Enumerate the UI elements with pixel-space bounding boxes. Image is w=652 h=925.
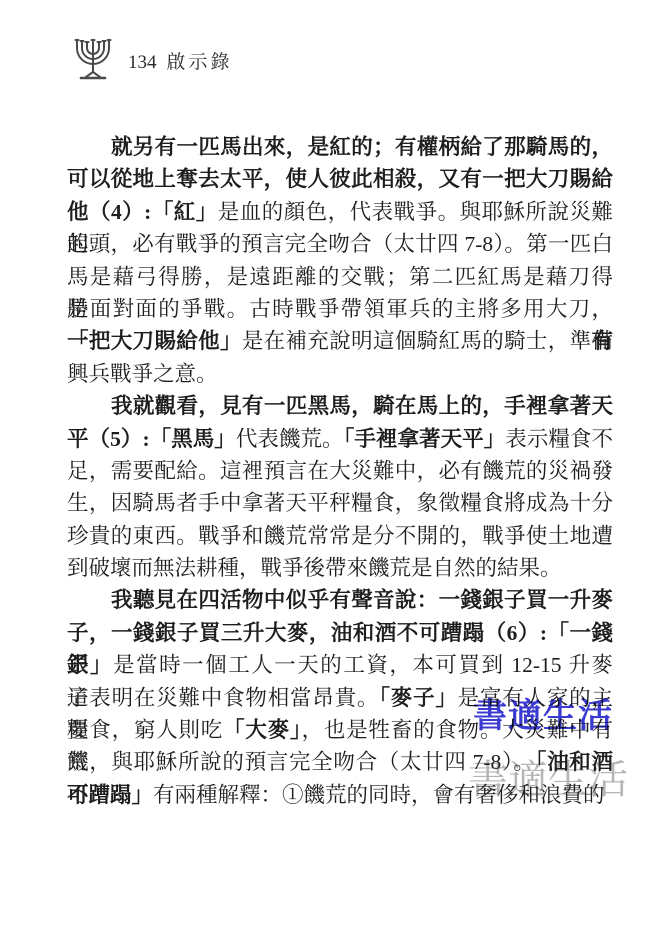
commentary-text: 荒，與耶穌所說的預言完全吻合（太廿四 7-8）。 [67,750,536,774]
scripture-text: 可蹧蹋」 [67,783,153,807]
scripture-text: 就另有一匹馬出來，是紅的；有權柄給了那騎馬的， [111,135,613,159]
commentary-text: 表示糧食不 [505,427,613,451]
text-line: 子，一錢銀子買三升大麥，油和酒不可蹧蹋（6）:「一錢銀 [67,617,613,649]
text-line: 生，因騎馬者手中拿著天平秤糧食，象徵糧食將成為十分 [67,487,613,519]
page-header: 134啟示錄 [128,47,233,74]
scripture-text: 「大麥」 [223,718,301,742]
commentary-text: 是在補充說明這個騎紅馬的騎士，準備 [242,329,613,353]
scripture-text: 一把大刀賜給他」 [67,329,242,353]
text-line: 平（5）:「黑馬」代表饑荒。「手裡拿著天平」表示糧食不 [67,423,613,455]
scripture-text: 「麥子」 [379,686,457,710]
text-line: 子」是當時一個工人一天的工資，本可買到 12-15 升麥子， [67,649,613,681]
scripture-text: 「手裡拿著天平」 [344,427,506,451]
book-page: 134啟示錄 就另有一匹馬出來，是紅的；有權柄給了那騎馬的，可以從地上奪去太平，… [0,0,652,925]
text-line: 一把大刀賜給他」是在補充說明這個騎紅馬的騎士，準備 [67,325,613,357]
commentary-text: 生，因騎馬者手中拿著天平秤糧食，象徵糧食將成為十分 [67,491,613,515]
commentary-text: 到破壞而無法耕種，戰爭後帶來饑荒是自然的結果。 [67,556,562,580]
text-line: 就另有一匹馬出來，是紅的；有權柄給了那騎馬的， [67,131,613,163]
text-line: 馬是藉弓得勝，是遠距離的交戰；第二匹紅馬是藉刀得勝， [67,261,613,293]
scripture-text: 平（5）:「黑馬」 [67,427,236,451]
commentary-text: 興兵戰爭之意。 [67,362,218,386]
scripture-text: 我就觀看，見有一匹黑馬，騎在馬上的，手裡拿著天 [111,394,613,418]
watermark-blue: 書適生活 [473,688,613,737]
scripture-text: 他（4）:「紅」 [67,200,218,224]
commentary-text: 糧食，窮人則吃 [67,718,223,742]
scripture-text: 子」 [67,653,113,677]
text-line: 我就觀看，見有一匹黑馬，騎在馬上的，手裡拿著天 [67,390,613,422]
commentary-text: 起頭，必有戰爭的預言完全吻合（太廿四 7-8）。第一匹白 [67,232,613,256]
text-line: 珍貴的東西。戰爭和饑荒常常是分不開的，戰爭使土地遭 [67,520,613,552]
text-line: 到破壞而無法耕種，戰爭後帶來饑荒是自然的結果。 [67,552,613,584]
text-line: 興兵戰爭之意。 [67,358,613,390]
text-line: 可以從地上奪去太平，使人彼此相殺，又有一把大刀賜給 [67,163,613,195]
commentary-text: 珍貴的東西。戰爭和饑荒常常是分不開的，戰爭使土地遭 [67,524,613,548]
commentary-text: 是面對面的爭戰。古時戰爭帶領軍兵的主將多用大刀， [67,297,613,321]
scripture-text: 可以從地上奪去太平，使人彼此相殺，又有一把大刀賜給 [67,167,613,191]
menorah-icon [72,34,114,82]
commentary-text: 有兩種解釋：①饑荒的同時，會有奢侈和浪費的 [153,783,605,807]
page-number: 134 [128,52,157,73]
text-line: 足，需要配給。這裡預言在大災難中，必有饑荒的災禍發 [67,455,613,487]
text-line: 他（4）:「紅」是血的顏色，代表戰爭。與耶穌所說災難的 [67,196,613,228]
text-line: 起頭，必有戰爭的預言完全吻合（太廿四 7-8）。第一匹白 [67,228,613,260]
text-line: 可蹧蹋」有兩種解釋：①饑荒的同時，會有奢侈和浪費的 [67,779,613,811]
commentary-text: 代表饑荒。 [236,427,344,451]
text-line: 荒，與耶穌所說的預言完全吻合（太廿四 7-8）。「油和酒不 [67,746,613,778]
text-line: 我聽見在四活物中似乎有聲音說：一錢銀子買一升麥 [67,584,613,616]
text-line: 是面對面的爭戰。古時戰爭帶領軍兵的主將多用大刀，「有 [67,293,613,325]
commentary-text: 足，需要配給。這裡預言在大災難中，必有饑荒的災禍發 [67,459,613,483]
book-title: 啟示錄 [167,52,233,73]
commentary-text: 這表明在災難中食物相當昂貴。 [67,686,379,710]
scripture-text: 我聽見在四活物中似乎有聲音說：一錢銀子買一升麥 [111,588,613,612]
